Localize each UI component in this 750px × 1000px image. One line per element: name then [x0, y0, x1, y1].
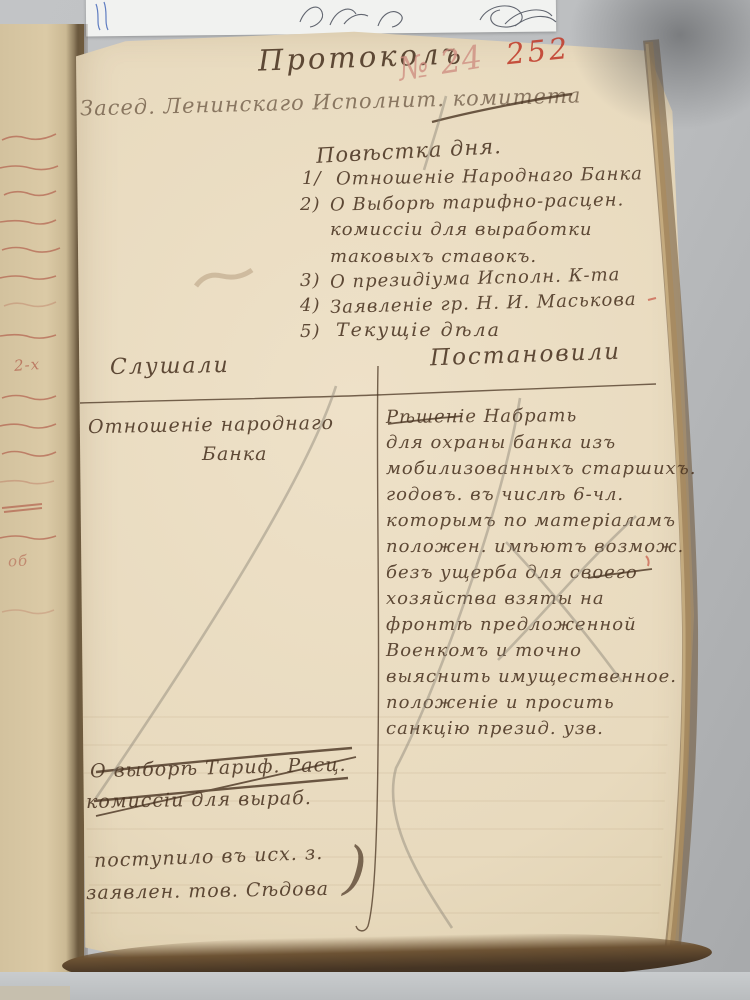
left-page-bottom-corner	[0, 986, 70, 1000]
photo-of-archive-ledger: 2-х об Протоколъ № 24 252 Засед. Ленинск…	[0, 0, 750, 1000]
table-surface	[0, 972, 750, 1000]
pencil-cross-marks	[0, 0, 750, 1000]
